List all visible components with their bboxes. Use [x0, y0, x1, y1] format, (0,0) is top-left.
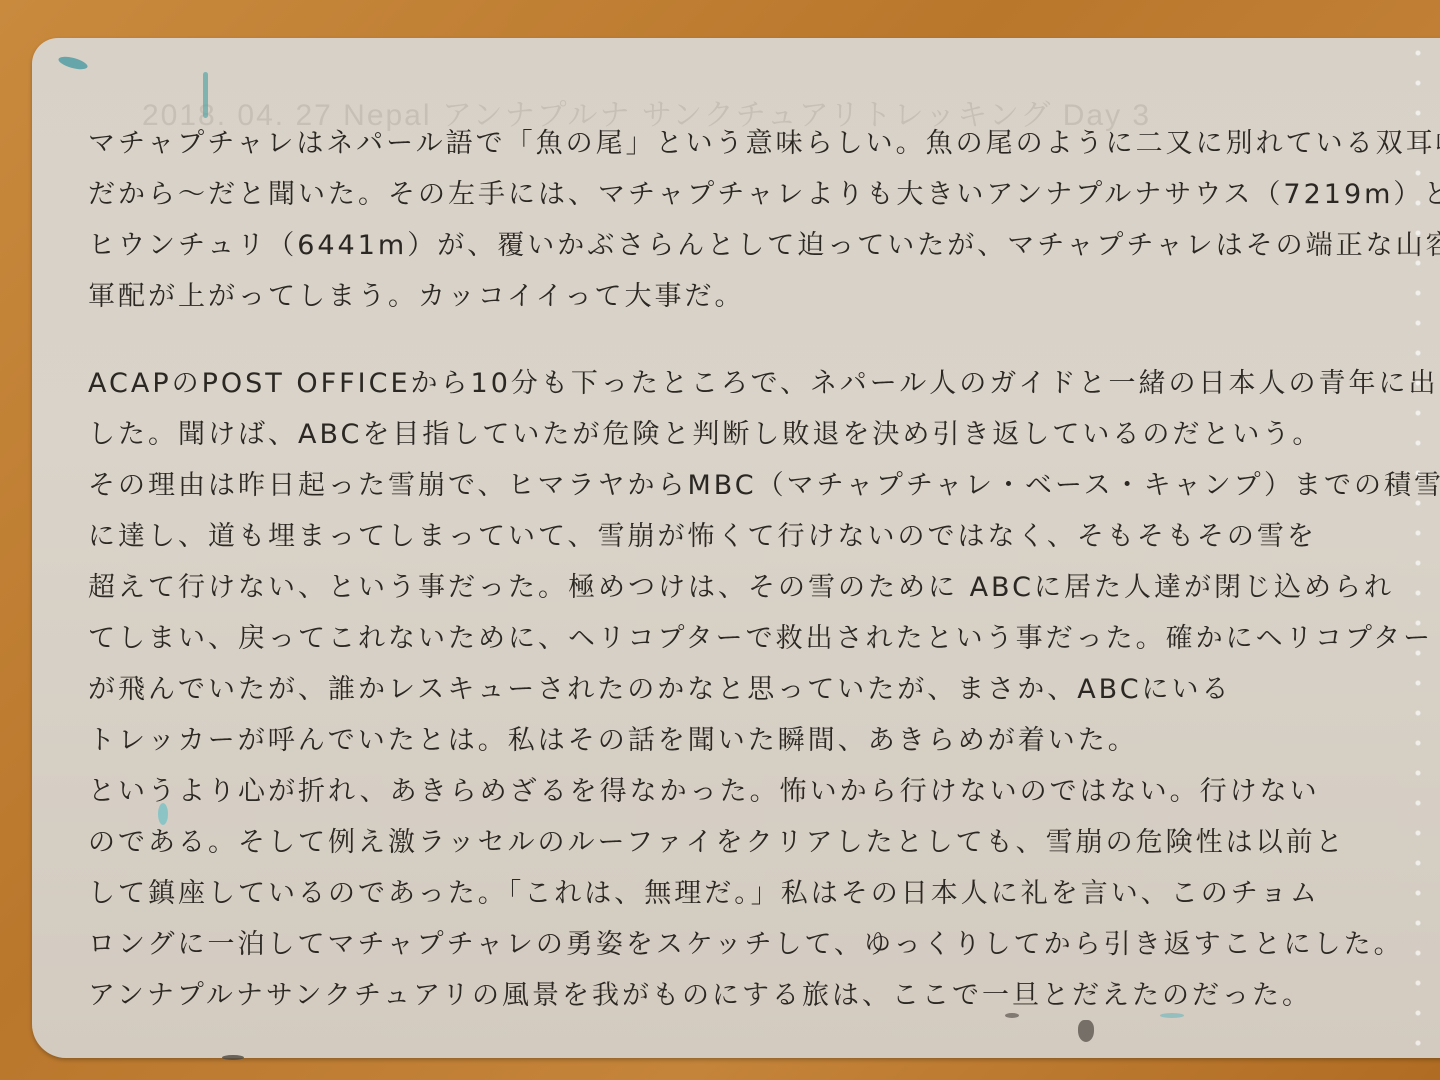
- text-line: ACAPのPOST OFFICEから10分も下ったところで、ネパール人のガイドと…: [88, 358, 1408, 409]
- text-line: ロングに一泊してマチャプチャレの勇姿をスケッチして、ゆっくりしてから引き返すこと…: [88, 919, 1408, 970]
- text-line: その理由は昨日起った雪崩で、ヒマラヤからMBC（マチャプチャレ・ベース・キャンプ…: [88, 460, 1408, 511]
- ink-mark: [222, 1055, 244, 1060]
- text-line: 軍配が上がってしまう。カッコイイって大事だ。: [88, 271, 1408, 322]
- text-line: というより心が折れ、あきらめざるを得なかった。怖いから行けないのではない。行けな…: [88, 766, 1408, 817]
- teal-ink-mark: [203, 72, 208, 118]
- journal-body: マチャプチャレはネパール語で「魚の尾」という意味らしい。魚の尾のように二又に別れ…: [88, 118, 1408, 1021]
- text-line: が飛んでいたが、誰かレスキューされたのかなと思っていたが、まさか、ABCにいる: [88, 664, 1408, 715]
- text-line: トレッカーが呼んでいたとは。私はその話を聞いた瞬間、あきらめが着いた。: [88, 715, 1408, 766]
- text-line: して鎮座しているのであった。「これは、無理だ。」私はその日本人に礼を言い、このチ…: [88, 868, 1408, 919]
- paragraph-2: ACAPのPOST OFFICEから10分も下ったところで、ネパール人のガイドと…: [88, 358, 1408, 1021]
- text-line: ヒウンチュリ（6441m）が、覆いかぶさらんとして迫っていたが、マチャプチャレは…: [88, 220, 1408, 271]
- paragraph-1: マチャプチャレはネパール語で「魚の尾」という意味らしい。魚の尾のように二又に別れ…: [88, 118, 1408, 322]
- text-line: のである。そして例え激ラッセルのルーファイをクリアしたとしても、雪崩の危険性は以…: [88, 817, 1408, 868]
- text-line: した。聞けば、ABCを目指していたが危険と判断し敗退を決め引き返しているのだとい…: [88, 409, 1408, 460]
- text-line: 超えて行けない、という事だった。極めつけは、その雪のために ABCに居た人達が閉…: [88, 562, 1408, 613]
- ink-blot: [1078, 1020, 1094, 1042]
- text-line: てしまい、戻ってこれないために、ヘリコプターで救出されたという事だった。確かにヘ…: [88, 613, 1408, 664]
- text-line: アンナプルナサンクチュアリの風景を我がものにする旅は、ここで一旦とだえたのだった…: [88, 970, 1408, 1021]
- text-line: マチャプチャレはネパール語で「魚の尾」という意味らしい。魚の尾のように二又に別れ…: [88, 118, 1408, 169]
- text-line: だから～だと聞いた。その左手には、マチャプチャレよりも大きいアンナプルナサウス（…: [88, 169, 1408, 220]
- text-line: に達し、道も埋まってしまっていて、雪崩が怖くて行けないのではなく、そもそもその雪…: [88, 511, 1408, 562]
